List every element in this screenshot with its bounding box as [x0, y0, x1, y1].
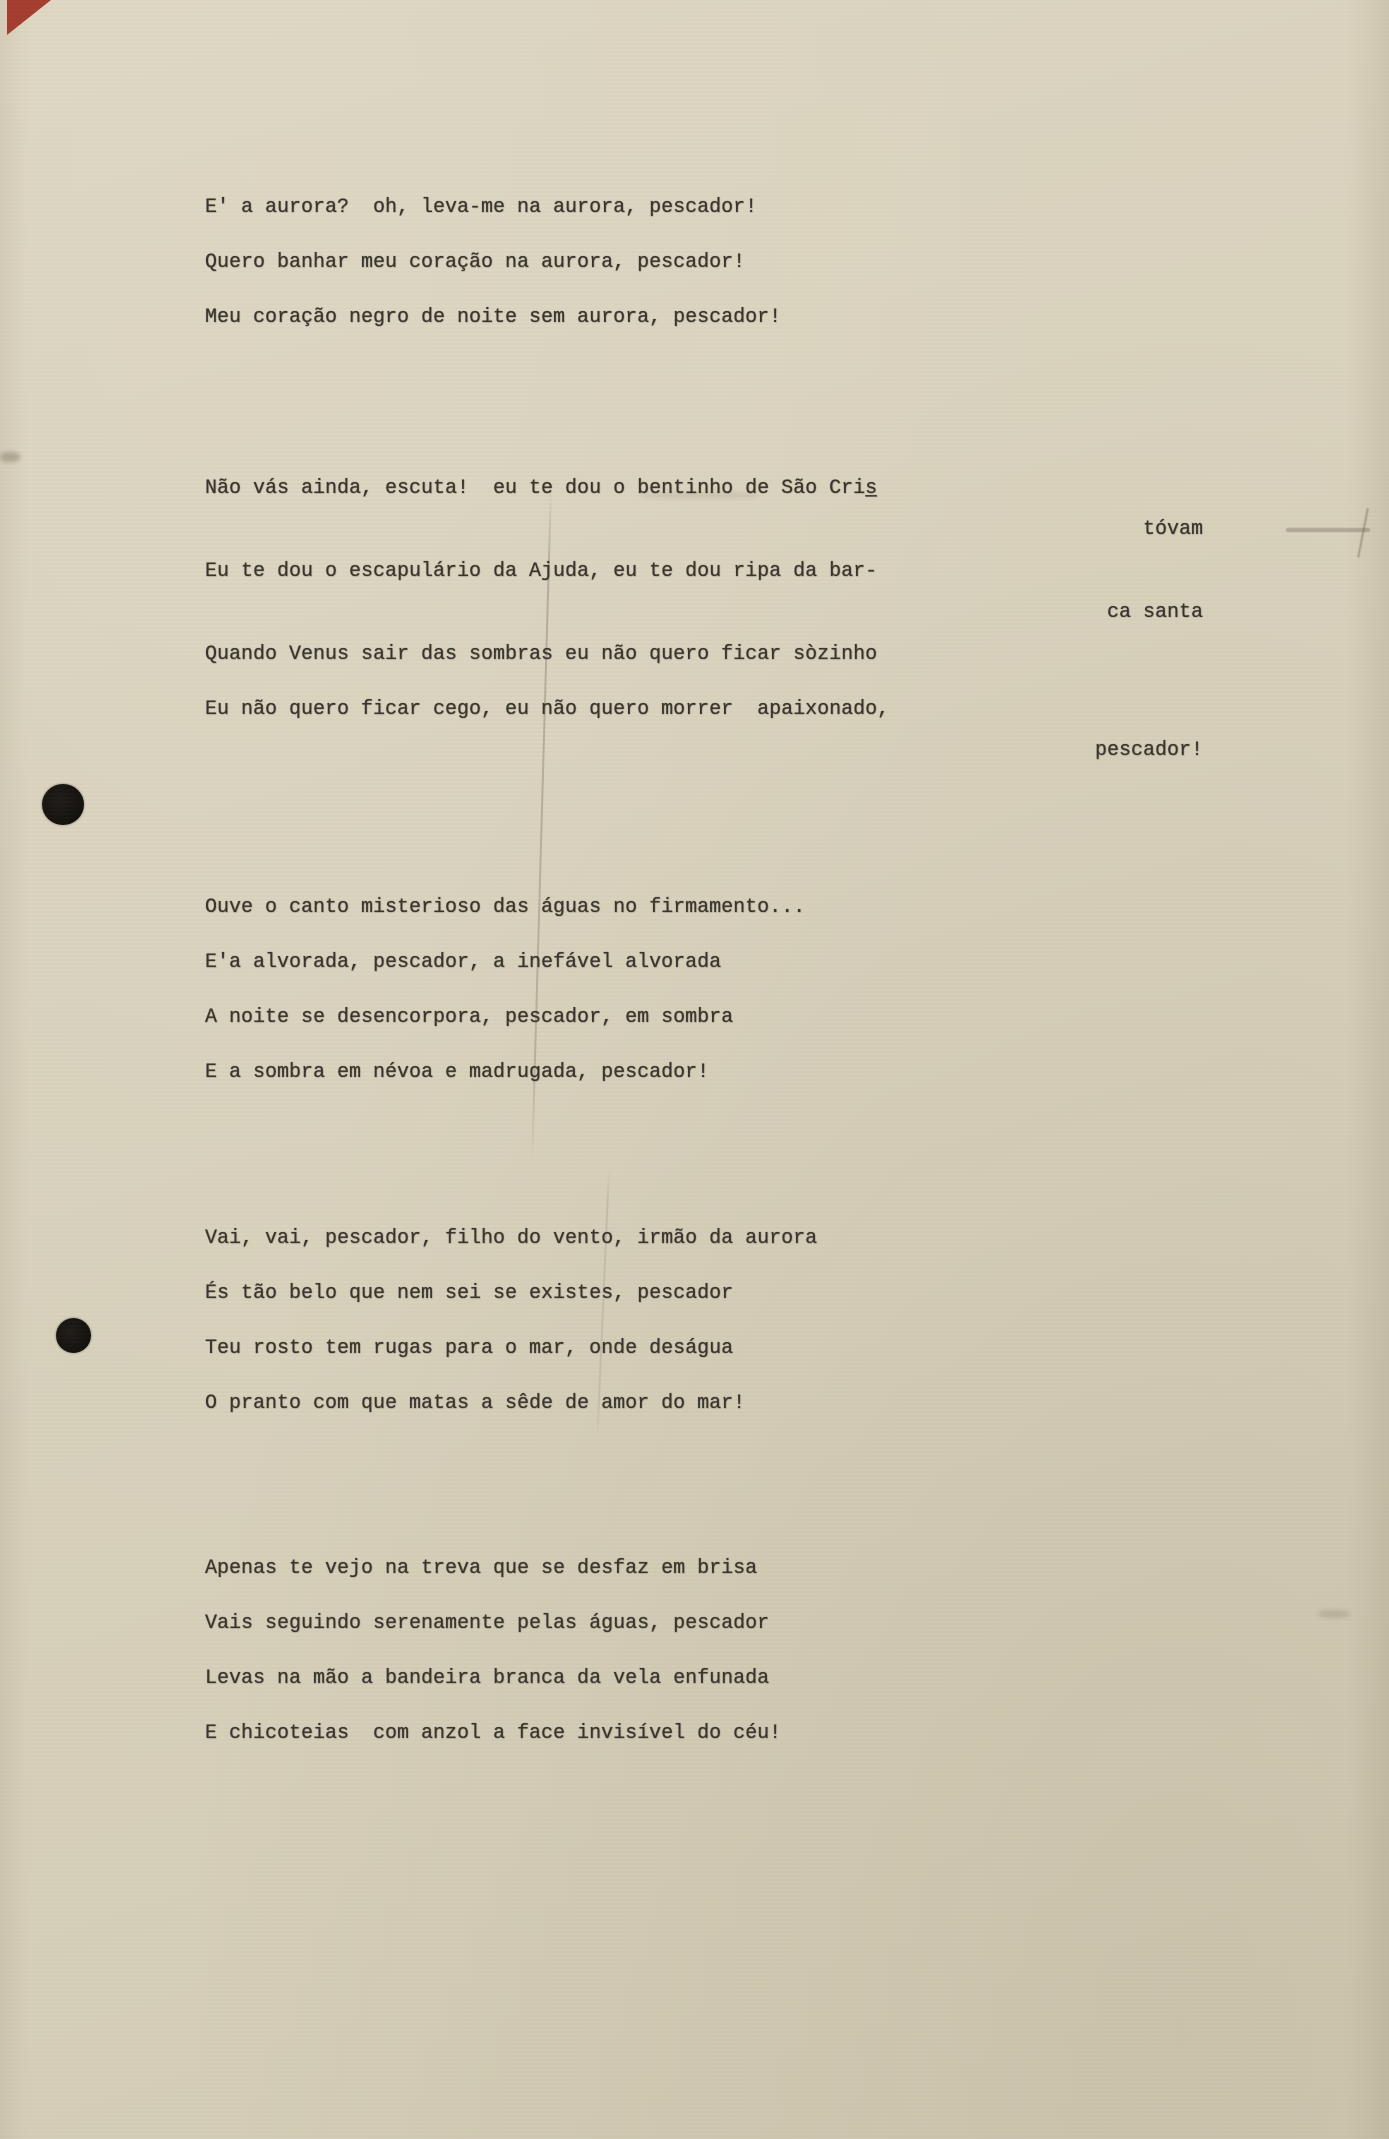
punch-hole — [56, 1318, 91, 1353]
edge-smudge — [1318, 1610, 1350, 1618]
poem-line: E chicoteias com anzol a face invisível … — [205, 1706, 1215, 1761]
punch-hole — [42, 784, 84, 825]
poem-line: És tão belo que nem sei se existes, pesc… — [205, 1266, 1215, 1321]
pencil-tick-mark — [1357, 508, 1369, 557]
poem-line: Eu te dou o escapulário da Ajuda, eu te … — [205, 544, 1215, 599]
poem-line: O pranto com que matas a sêde de amor do… — [205, 1376, 1215, 1431]
poem-line-continuation: pescador! — [205, 737, 1215, 765]
poem-line: Ouve o canto misterioso das águas no fir… — [205, 880, 1215, 935]
stanza: Não vás ainda, escuta! eu te dou o benti… — [205, 461, 1215, 765]
poem-line: E a sombra em névoa e madrugada, pescado… — [205, 1045, 1215, 1100]
poem-line: Levas na mão a bandeira branca da vela e… — [205, 1651, 1215, 1706]
pencil-dash-mark — [1286, 528, 1370, 532]
poem-line: Apenas te vejo na treva que se desfaz em… — [205, 1541, 1215, 1596]
stanza: E' a aurora? oh, leva-me na aurora, pesc… — [205, 180, 1215, 345]
poem-line: E'a alvorada, pescador, a inefável alvor… — [205, 935, 1215, 990]
poem-line: Eu não quero ficar cego, eu não quero mo… — [205, 682, 1215, 737]
stanza: Apenas te vejo na treva que se desfaz em… — [205, 1541, 1215, 1761]
poem-line: Não vás ainda, escuta! eu te dou o benti… — [205, 461, 1215, 516]
poem-line-continuation: tóvam — [205, 516, 1215, 544]
edge-smudge — [0, 452, 20, 462]
poem-line: A noite se desencorpora, pescador, em so… — [205, 990, 1215, 1045]
poem-line: Meu coração negro de noite sem aurora, p… — [205, 290, 1215, 345]
poem-line: Vais seguindo serenamente pelas águas, p… — [205, 1596, 1215, 1651]
typewritten-poem-page: E' a aurora? oh, leva-me na aurora, pesc… — [0, 0, 1389, 2139]
poem-line: Quando Venus sair das sombras eu não que… — [205, 627, 1215, 682]
poem-line: E' a aurora? oh, leva-me na aurora, pesc… — [205, 180, 1215, 235]
poem-line-continuation: ca santa — [205, 599, 1215, 627]
poem-line: Teu rosto tem rugas para o mar, onde des… — [205, 1321, 1215, 1376]
stanza: Vai, vai, pescador, filho do vento, irmã… — [205, 1211, 1215, 1431]
red-corner-mark — [7, 0, 51, 35]
stanza: Ouve o canto misterioso das águas no fir… — [205, 880, 1215, 1100]
poem-line: Vai, vai, pescador, filho do vento, irmã… — [205, 1211, 1215, 1266]
poem-line: Quero banhar meu coração na aurora, pesc… — [205, 235, 1215, 290]
